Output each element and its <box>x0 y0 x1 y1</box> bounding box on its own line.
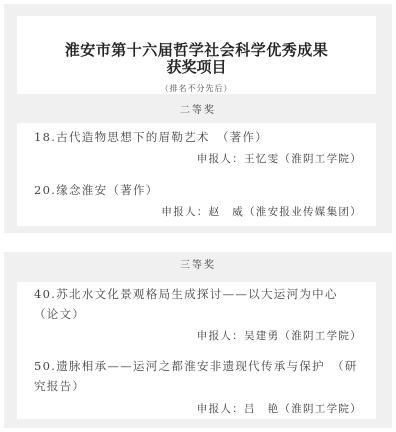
third-prize-panel: 三等奖 40.苏北水文化景观格局生成探讨——以大运河为中心 （论文） 申报人：吴… <box>4 252 392 428</box>
award-item-title: 40.苏北水文化景观格局生成探讨——以大运河为中心 （论文） <box>34 284 359 324</box>
page-title: 淮安市第十六届哲学社会科学优秀成果 <box>17 42 376 59</box>
prize-heading-second: 二等奖 <box>4 101 392 116</box>
page-title-line2: 获奖项目 <box>17 59 376 76</box>
award-item-title: 18.古代造物思想下的眉勒艺术 （著作） <box>34 127 359 147</box>
page-subtitle: （排名不分先后） <box>17 83 376 94</box>
award-item-applicant: 申报人：吴建勇（淮阴工学院） <box>197 328 362 343</box>
prize-heading-third: 三等奖 <box>4 256 392 271</box>
award-item-applicant: 申报人：王忆雯（淮阴工学院） <box>197 151 362 166</box>
second-prize-panel: 淮安市第十六届哲学社会科学优秀成果 获奖项目 （排名不分先后） 二等奖 18.古… <box>4 4 392 233</box>
third-prize-list: 40.苏北水文化景观格局生成探讨——以大运河为中心 （论文） 申报人：吴建勇（淮… <box>17 282 376 419</box>
award-item-applicant: 申报人：吕 艳（淮阴工学院） <box>197 401 362 416</box>
award-item-title: 20.缘念淮安（著作） <box>34 180 359 200</box>
second-prize-list: 18.古代造物思想下的眉勒艺术 （著作） 申报人：王忆雯（淮阴工学院） 20.缘… <box>17 123 376 226</box>
award-item-applicant: 申报人：赵 威（淮安报业传媒集团） <box>161 204 362 219</box>
award-item-title: 50.遗脉相承——运河之都淮安非遗现代传承与保护 （研究报告） <box>34 356 359 396</box>
header-box: 淮安市第十六届哲学社会科学优秀成果 获奖项目 （排名不分先后） <box>17 16 376 94</box>
